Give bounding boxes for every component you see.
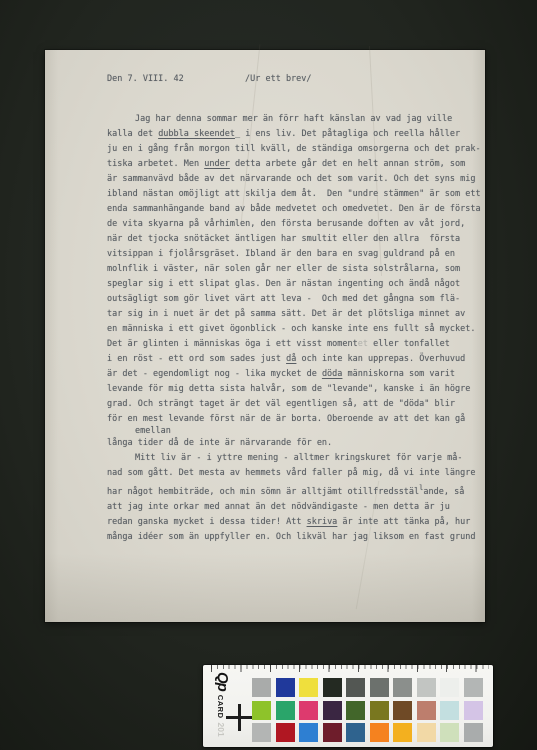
letter-text-segment: är inte att tänka på, hur: [337, 517, 470, 527]
letter-text-segment: emellan: [135, 426, 171, 436]
letter-line: för en mest levande först när de är bort…: [107, 412, 479, 427]
letter-text-segment: har något hembiträde, och min sömn är al…: [107, 487, 419, 497]
letter-text-segment: levande för mig detta sista halvår, som …: [107, 384, 470, 394]
letter-line: nad som gått. Det mesta av hemmets vård …: [107, 466, 479, 481]
color-swatch-r1-c5: [346, 678, 365, 697]
letter-body: Jag har denna sommar mer än förr haft kä…: [107, 112, 479, 545]
letter-text-segment: under: [204, 159, 230, 169]
letter-text-segment: då: [286, 354, 296, 364]
letter-line: är sammanvävd både av det närvarande och…: [107, 172, 479, 187]
letter-text-segment: eller tonfallet: [368, 339, 450, 349]
letter-text-segment: grad. Och strängt taget är det väl egent…: [107, 399, 455, 409]
letter-text-segment: Jag har denna sommar mer än förr haft kä…: [135, 114, 452, 124]
letter-text-segment: tar sig in i nuet är det på samma sätt. …: [107, 309, 465, 319]
letter-line: levande för mig detta sista halvår, som …: [107, 382, 479, 397]
letter-line: ibland nästan omöjligt att skilja dem åt…: [107, 187, 479, 202]
color-swatch-r2-c7: [393, 701, 412, 720]
letter-line: när det tjocka snötäcket äntligen har sm…: [107, 232, 479, 247]
letter-date: Den 7. VIII. 42: [107, 72, 184, 87]
letter-text-segment: outsägligt som gör livet värt att leva -…: [107, 294, 460, 304]
color-swatch-r3-c1: [252, 723, 271, 742]
color-swatch-r1-c1: [252, 678, 271, 697]
qpcard-model: 201: [216, 723, 226, 737]
color-swatch-r1-c6: [370, 678, 389, 697]
letter-text-segment: långa tider då de inte är närvarande för…: [107, 438, 332, 448]
letter-text-segment: skriva: [307, 517, 338, 527]
color-swatch-r3-c4: [323, 723, 342, 742]
letter-line: speglar sig i ett slipat glas. Den är nä…: [107, 277, 479, 292]
qpcard-brand-suffix: CARD: [216, 695, 225, 719]
letter-line: är det - egendomligt nog - lika mycket d…: [107, 367, 479, 382]
letter-line: kalla det dubbla skeendet_ i ens liv. De…: [107, 127, 479, 142]
letter-line: Det är glinten i människas öga i ett vis…: [107, 337, 479, 352]
letter-text-segment: döda: [322, 369, 342, 379]
letter-text-segment: är det - egendomligt nog - lika mycket d…: [107, 369, 322, 379]
letter-text-segment: människorna som varit: [342, 369, 455, 379]
color-swatch-r1-c8: [417, 678, 436, 697]
letter-line: Mitt liv är - i yttre mening - alltmer k…: [107, 451, 479, 466]
color-swatch-r2-c4: [323, 701, 342, 720]
letter-line-insertion: emellan: [107, 427, 479, 436]
color-swatch-r3-c3: [299, 723, 318, 742]
letter-text-segment: enda sammanhängande band av både medvete…: [107, 204, 481, 214]
letter-line: en människa i ett givet ögonblick - och …: [107, 322, 479, 337]
color-swatch-r2-c5: [346, 701, 365, 720]
letter-line: molnflik i väster, när solen går ner ell…: [107, 262, 479, 277]
letter-text-segment: att jag inte orkar med annat än det nödv…: [107, 502, 450, 512]
letter-line: Jag har denna sommar mer än förr haft kä…: [107, 112, 479, 127]
color-swatch-r2-c3: [299, 701, 318, 720]
letter-text-segment: Mitt liv är - i yttre mening - alltmer k…: [135, 453, 463, 463]
letter-text-segment: nad som gått. Det mesta av hemmets vård …: [107, 468, 475, 478]
letter-text-segment: ande, så: [423, 487, 464, 497]
letter-line: enda sammanhängande band av både medvete…: [107, 202, 479, 217]
letter-line: ju en i gång från morgon till kväll, de …: [107, 142, 479, 157]
letter-line: i en röst - ett ord som sades just då oc…: [107, 352, 479, 367]
qpcard-brand: Qp: [214, 672, 231, 691]
letter-text-segment: molnflik i väster, när solen går ner ell…: [107, 264, 460, 274]
letter-line: outsägligt som gör livet värt att leva -…: [107, 292, 479, 307]
letter-text-segment: de vita skyarna på vårhimlen, den första…: [107, 219, 465, 229]
letter-line: de vita skyarna på vårhimlen, den första…: [107, 217, 479, 232]
letter-line: långa tider då de inte är närvarande för…: [107, 436, 479, 451]
ruler-scale-major-ticks: [211, 665, 489, 672]
color-swatch-r3-c6: [370, 723, 389, 742]
registration-cross-icon: [226, 704, 253, 731]
letter-text-segment: när det tjocka snötäcket äntligen har sm…: [107, 234, 460, 244]
color-swatch-grid: [252, 678, 483, 742]
letter-line: vitsippan i fjolårsgräset. Ibland är den…: [107, 247, 479, 262]
color-swatch-r3-c8: [417, 723, 436, 742]
letter-text-segment: många idéer som än uppfyller en. Och lik…: [107, 532, 475, 542]
color-swatch-r3-c5: [346, 723, 365, 742]
letter-text-segment: för en mest levande först när de är bort…: [107, 414, 465, 424]
letter-text-segment: ibland nästan omöjligt att skilja dem åt…: [107, 189, 481, 199]
letter-line: att jag inte orkar med annat än det nödv…: [107, 500, 479, 515]
color-swatch-r2-c2: [276, 701, 295, 720]
color-swatch-r3-c2: [276, 723, 295, 742]
letter-line: tar sig in i nuet är det på samma sätt. …: [107, 307, 479, 322]
letter-text-segment: dubbla skeendet: [158, 129, 235, 139]
letter-text-segment: Det är glinten i människas öga i ett vis…: [107, 339, 358, 349]
letter-text-segment: detta arbete går det en helt annan ström…: [230, 159, 465, 169]
color-swatch-r2-c10: [464, 701, 483, 720]
letter-text-segment: och inte kan upprepas. Överhuvud: [296, 354, 465, 364]
color-swatch-r2-c8: [417, 701, 436, 720]
letter-text-segment: vitsippan i fjolårsgräset. Ibland är den…: [107, 249, 455, 259]
letter-text-segment: speglar sig i ett slipat glas. Den är nä…: [107, 279, 460, 289]
letter-text-segment: _ i ens liv. Det påtagliga och reella hå…: [235, 129, 460, 139]
color-swatch-r1-c3: [299, 678, 318, 697]
letter-text-segment: tiska arbetet. Men: [107, 159, 204, 169]
letter-text-segment: en människa i ett givet ögonblick - och …: [107, 324, 475, 334]
letter-line: har något hembiträde, och min sömn är al…: [107, 481, 479, 500]
color-swatch-r3-c10: [464, 723, 483, 742]
photo-background: Den 7. VIII. 42 /Ur ett brev/ Jag har de…: [0, 0, 537, 750]
letter-page: Den 7. VIII. 42 /Ur ett brev/ Jag har de…: [45, 50, 485, 622]
color-swatch-r3-c9: [440, 723, 459, 742]
letter-text-segment: et: [358, 339, 368, 349]
color-swatch-r2-c1: [252, 701, 271, 720]
color-swatch-r2-c9: [440, 701, 459, 720]
color-swatch-r1-c10: [464, 678, 483, 697]
letter-text-segment: ju en i gång från morgon till kväll, de …: [107, 144, 481, 154]
color-swatch-r1-c4: [323, 678, 342, 697]
color-swatch-r3-c7: [393, 723, 412, 742]
letter-line: många idéer som än uppfyller en. Och lik…: [107, 530, 479, 545]
color-swatch-r1-c2: [276, 678, 295, 697]
letter-line: tiska arbetet. Men under detta arbete gå…: [107, 157, 479, 172]
letter-line: redan ganska mycket i dessa tider! Att s…: [107, 515, 479, 530]
letter-text-segment: kalla det: [107, 129, 158, 139]
color-swatch-r1-c7: [393, 678, 412, 697]
letter-line: grad. Och strängt taget är det väl egent…: [107, 397, 479, 412]
letter-text-segment: i en röst - ett ord som sades just: [107, 354, 286, 364]
color-calibration-card: Qp CARD 201: [203, 665, 493, 747]
letter-text-segment: är sammanvävd både av det närvarande och…: [107, 174, 475, 184]
color-swatch-r2-c6: [370, 701, 389, 720]
letter-source-note: /Ur ett brev/: [245, 72, 312, 87]
letter-text-segment: redan ganska mycket i dessa tider! Att: [107, 517, 307, 527]
color-swatch-r1-c9: [440, 678, 459, 697]
